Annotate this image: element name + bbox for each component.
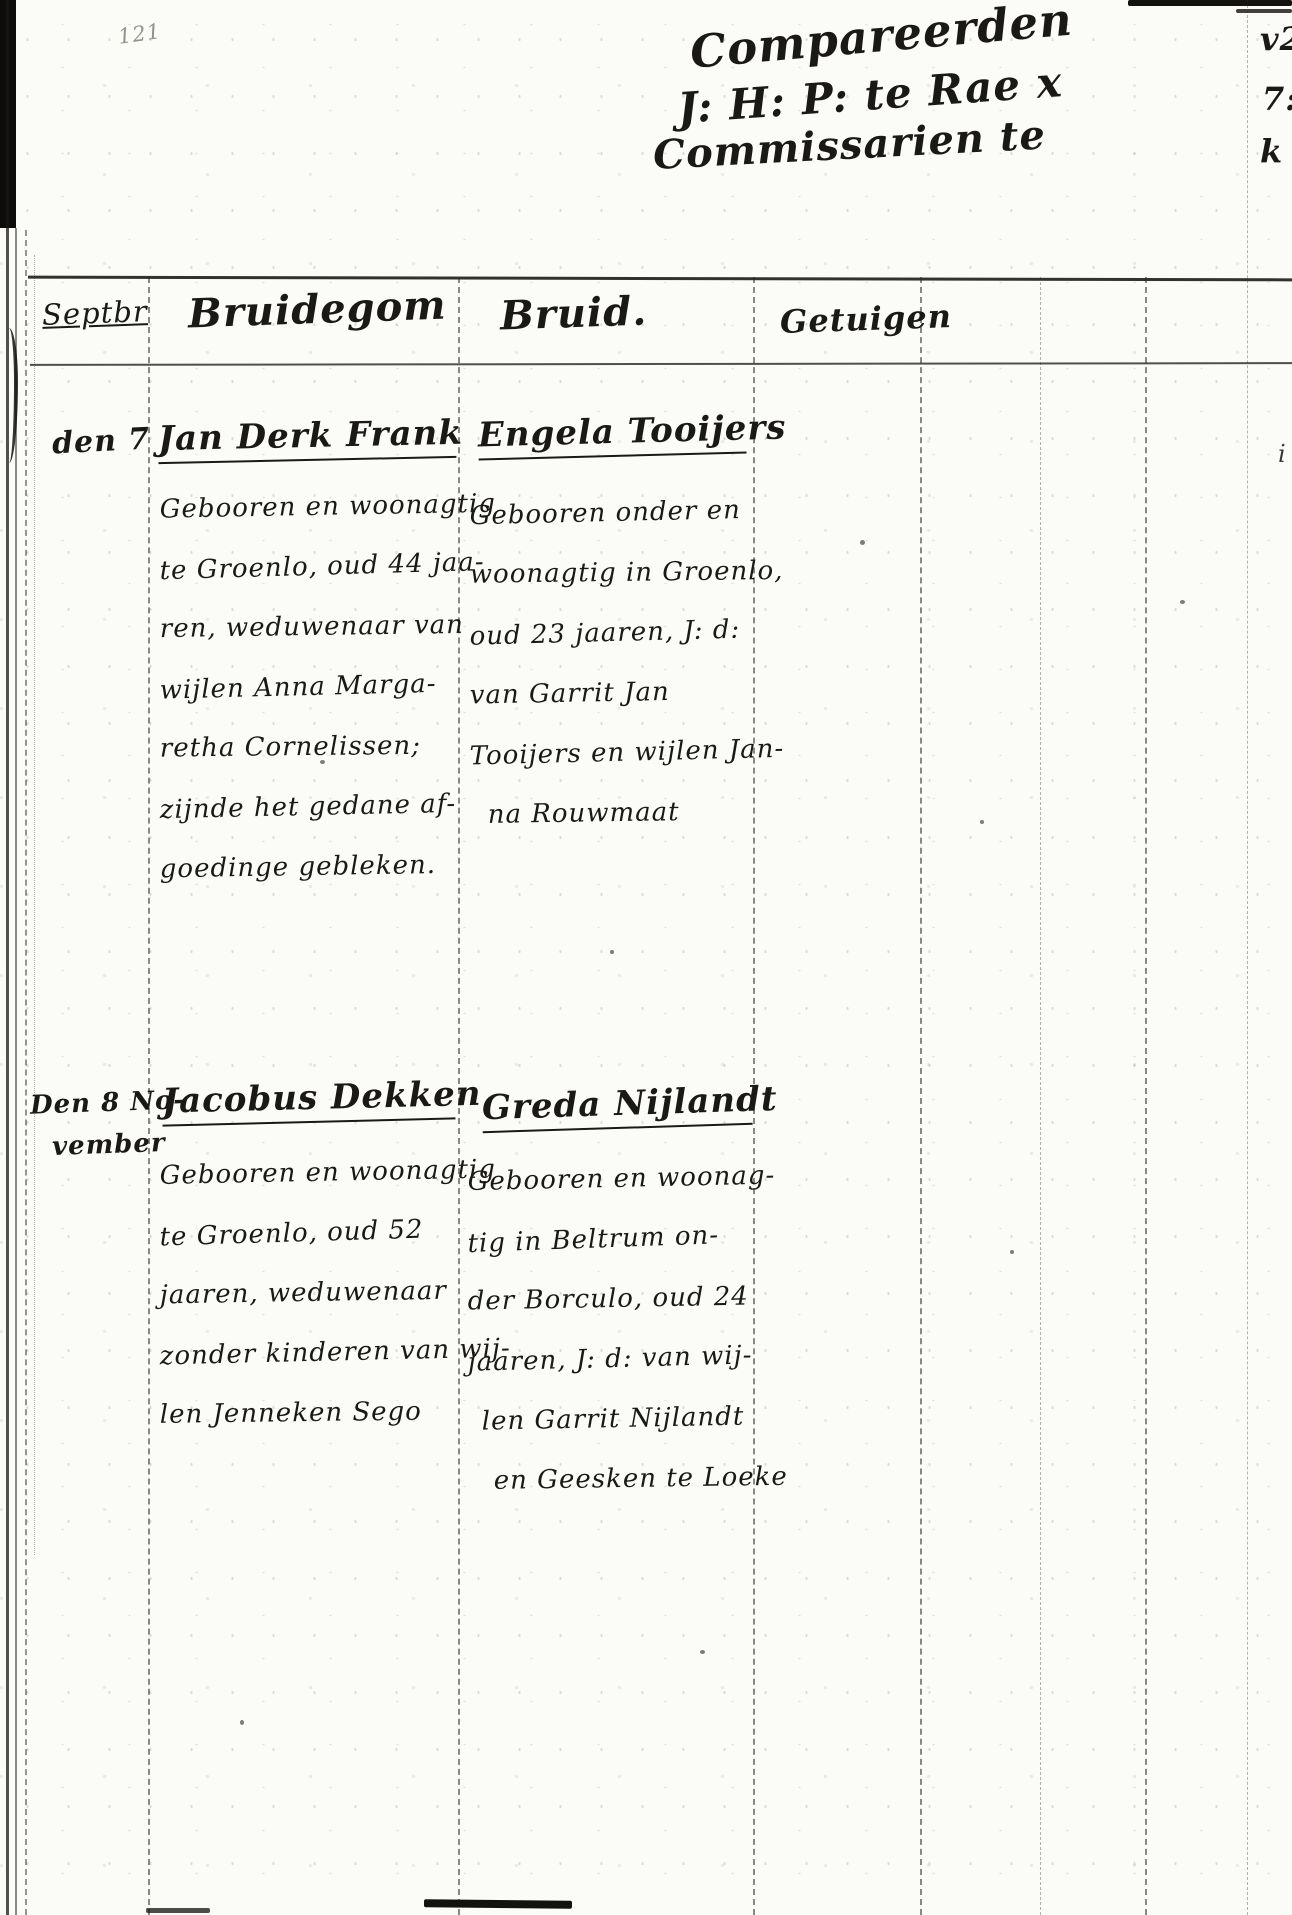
text-line: van Garrit Jan xyxy=(469,676,755,741)
table-top-rule xyxy=(28,276,1292,282)
text-line: Gebooren onder en xyxy=(469,495,755,561)
text-line: te Groenlo, oud 44 jaa- xyxy=(159,548,461,616)
margin-rule xyxy=(1145,277,1147,1915)
edge-fragment: i xyxy=(1278,440,1287,468)
text-line: te Groenlo, oud 52 xyxy=(159,1214,461,1283)
scanned-register-page: 121 Compareerden J: H: P: te Rae x Commi… xyxy=(0,0,1292,1915)
entry2-date-line2: vember xyxy=(52,1128,167,1162)
ink-fleck xyxy=(1010,1250,1014,1254)
entry1-date: den 7 xyxy=(51,421,151,461)
ink-fleck xyxy=(980,820,984,824)
edge-fragment: k xyxy=(1260,132,1283,170)
text-line: goedinge gebleken. xyxy=(160,850,461,915)
binding-line xyxy=(6,0,9,1915)
text-line: len Garrit Nijlandt xyxy=(481,1401,758,1466)
bottom-smudge xyxy=(146,1908,210,1913)
column-header-groom: Bruidegom xyxy=(187,282,447,338)
text-line: der Borculo, oud 24 xyxy=(467,1281,758,1346)
text-line: len Jenneken Sego xyxy=(160,1396,461,1460)
entry2-groom-text: Gebooren en woonagtig te Groenlo, oud 52… xyxy=(160,1158,460,1458)
column-header-witnesses: Getuigen xyxy=(779,297,952,341)
text-line: zonder kinderen van wij- xyxy=(159,1335,460,1402)
corner-artifact xyxy=(1128,0,1292,6)
bride-name-text: Greda Nijlandt xyxy=(481,1080,752,1133)
entry2-groom-name: Jacobus Dekken xyxy=(162,1078,457,1123)
binding-line xyxy=(25,230,27,1915)
text-line: Tooijers en wijlen Jan- xyxy=(469,735,755,802)
edge-fragment: 7: xyxy=(1262,80,1292,118)
bride-name-text: Engela Tooijers xyxy=(477,409,746,461)
page-number-mark: 121 xyxy=(117,19,163,49)
text-line: jaaren, weduwenaar xyxy=(160,1276,461,1341)
column-header-date: Septbr xyxy=(41,294,148,332)
text-line: Gebooren en woonagtig xyxy=(159,1155,460,1221)
binding-line xyxy=(15,228,17,1915)
text-line: retha Cornelissen; xyxy=(160,730,461,793)
ink-fleck xyxy=(700,1650,705,1654)
entry2-bride-text: Gebooren en woonag- tig in Beltrum on- d… xyxy=(468,1164,758,1524)
ink-fleck xyxy=(320,760,325,764)
text-line: en Geesken te Loeke xyxy=(494,1462,759,1526)
text-line: Gebooren en woonagtig xyxy=(159,489,460,554)
entry1-groom-name: Jan Derk Frank xyxy=(158,416,458,461)
groom-name-text: Jacobus Dekken xyxy=(161,1074,455,1126)
text-line: zijnde het gedane af- xyxy=(159,789,460,855)
groom-name-text: Jan Derk Frank xyxy=(158,413,457,464)
binding-line xyxy=(34,255,35,1555)
text-line: woonagtig in Groenlo, xyxy=(470,556,756,619)
margin-rule xyxy=(1040,277,1041,1915)
ink-fleck xyxy=(610,950,614,954)
ink-fleck xyxy=(240,1720,244,1725)
text-line: tig in Beltrum on- xyxy=(467,1219,759,1289)
text-line: wijlen Anna Marga- xyxy=(159,668,460,735)
text-line: jaaren, J: d: van wij- xyxy=(467,1340,758,1408)
header-separator-rule xyxy=(30,362,1292,366)
bottom-smudge xyxy=(424,1899,572,1909)
ink-fleck xyxy=(860,540,865,545)
text-line: na Rouwmaat xyxy=(488,796,756,860)
column-rule-witnesses xyxy=(920,277,922,1915)
corner-artifact xyxy=(1236,9,1292,13)
ink-fleck xyxy=(1180,600,1185,604)
entry1-groom-text: Gebooren en woonagtig te Groenlo, oud 44… xyxy=(160,492,460,912)
text-line: ren, weduwenaar van xyxy=(160,610,461,674)
entry2-bride-name: Greda Nijlandt xyxy=(482,1084,754,1129)
entry1-bride-name: Engela Tooijers xyxy=(478,412,748,457)
entry1-bride-text: Gebooren onder en woonagtig in Groenlo, … xyxy=(470,498,755,858)
text-line: oud 23 jaaren, J: d: xyxy=(469,614,755,681)
edge-fragment: v2 xyxy=(1260,20,1292,58)
text-line: Gebooren en woonag- xyxy=(467,1161,758,1227)
page-edge-rule xyxy=(1247,0,1248,1915)
column-header-bride: Bruid. xyxy=(499,287,648,339)
